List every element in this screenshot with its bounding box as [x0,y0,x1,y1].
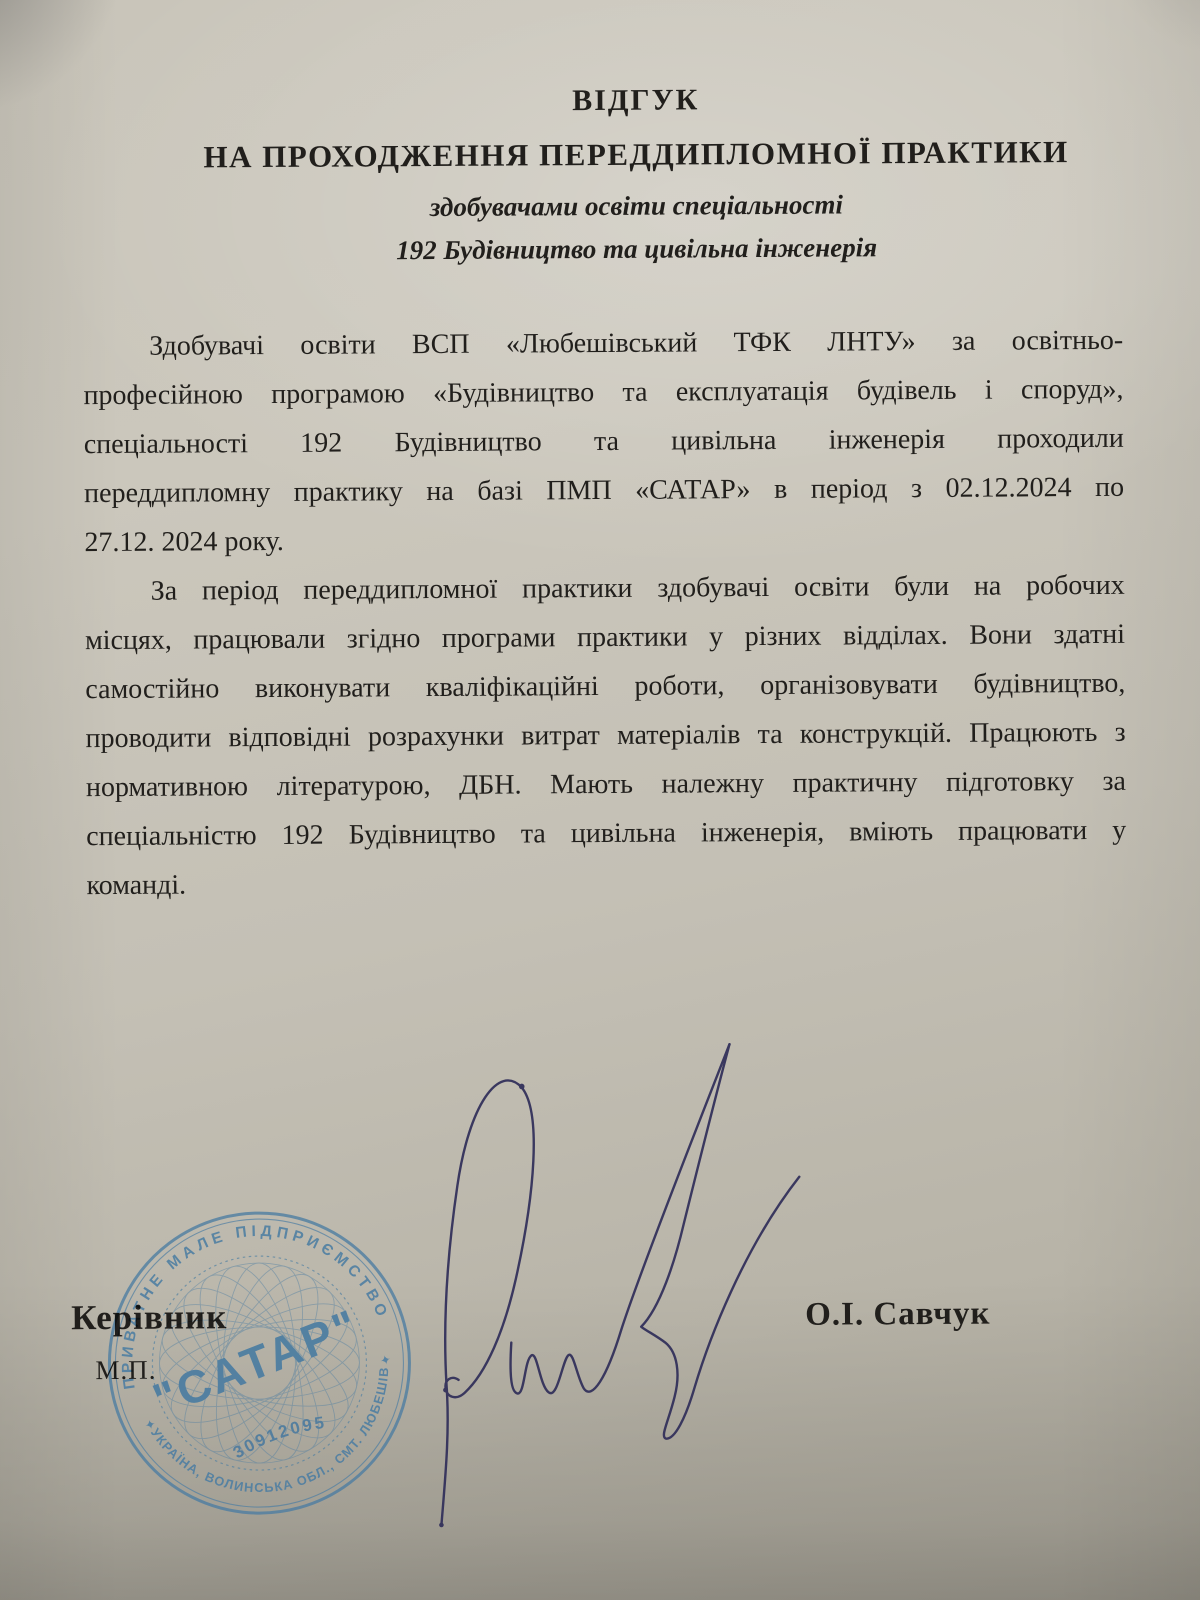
company-stamp: ПРИВАТНЕ МАЛЕ ПІДПРИЄМСТВО УКРАЇНА, ВОЛИ… [106,1209,414,1517]
document-line: місцях, працювали згідно програми практи… [85,610,1125,665]
photo-of-document: ВІДГУК НА ПРОХОДЖЕННЯ ПЕРЕДДИПЛОМНОЇ ПРА… [0,0,1200,1600]
signature-stroke [639,1044,800,1439]
document-line: проводити відповідні розрахунки витрат м… [85,708,1125,763]
signature-stroke [439,1080,525,1525]
document-title-line2: НА ПРОХОДЖЕННЯ ПЕРЕДДИПЛОМНОЇ ПРАКТИКИ [101,133,1171,176]
document-line: спеціальності 192 Будівництво та цивільн… [84,414,1124,469]
document-title: ВІДГУК [101,81,1171,122]
document-line: професійною програмою «Будівництво та ек… [83,365,1123,420]
signature-stroke [509,1044,732,1393]
signature-ink-blob [519,1084,525,1090]
document-body: Здобувачі освіти ВСП «Любешівський ТФК Л… [83,316,1127,910]
document-line: 27.12. 2024 року. [84,512,1124,567]
document-line: За період переддипломної практики здобув… [85,561,1125,616]
document-line: нормативною літературою, ДБН. Мають нале… [86,757,1126,812]
stamp-code-text: 30912095 [227,1410,331,1464]
document-line: спеціальністю 192 Будівництво та цивільн… [86,806,1126,861]
document-subtitle-line1: здобувачами освіти спеціальності [101,187,1171,225]
signature-ink-blob [443,1387,448,1392]
stamp-separator-star-left: ✦ [143,1416,158,1433]
paragraph-1: Здобувачі освіти ВСП «Любешівський ТФК Л… [83,316,1124,567]
document-heading-block: ВІДГУК НА ПРОХОДЖЕННЯ ПЕРЕДДИПЛОМНОЇ ПРА… [100,0,1170,3]
signature-stroke [444,1087,536,1397]
signature-ink-blob [439,1523,444,1528]
paper-sheet: ВІДГУК НА ПРОХОДЖЕННЯ ПЕРЕДДИПЛОМНОЇ ПРА… [0,0,1200,1600]
paragraph-2: За період переддипломної практики здобув… [85,561,1127,910]
document-line: переддипломну практику на базі ПМП «САТА… [84,463,1124,518]
document-line: самостійно виконувати кваліфікаційні роб… [85,659,1125,714]
document-line: Здобувачі освіти ВСП «Любешівський ТФК Л… [83,316,1123,371]
signer-name: О.І. Савчук [805,1296,991,1334]
stamp-code-textpath: 30912095 [227,1410,331,1464]
document-subtitle-line2: 192 Будівництво та цивільна інженерія [102,230,1172,268]
signature-ink [376,999,829,1547]
document-line: команді. [86,855,1126,910]
